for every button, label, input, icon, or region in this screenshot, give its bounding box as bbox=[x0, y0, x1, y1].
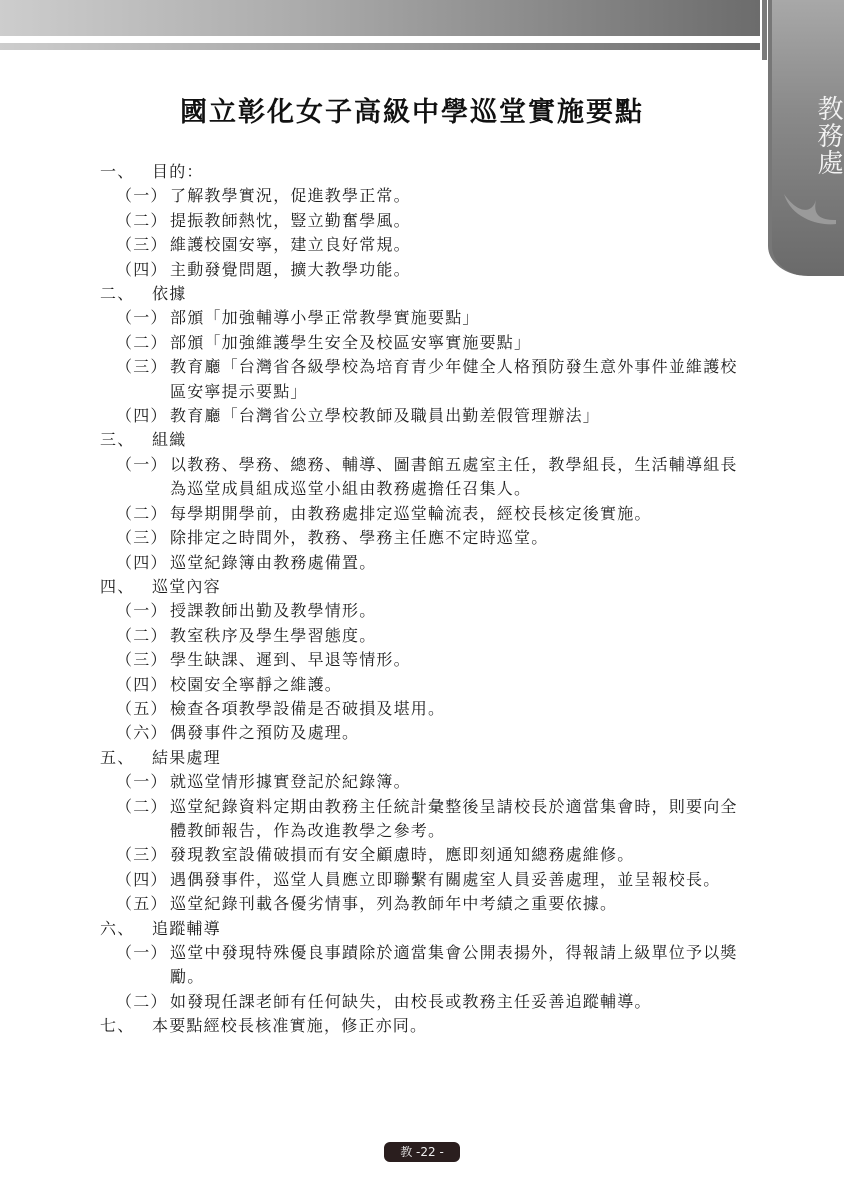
list-item: （六）偶發事件之預防及處理。 bbox=[82, 721, 740, 745]
item-text: 發現教室設備破損而有安全顧慮時，應即刻通知總務處維修。 bbox=[170, 845, 634, 864]
list-item: （一）就巡堂情形據實登記於紀錄簿。 bbox=[82, 770, 740, 794]
item-number: （二） bbox=[116, 795, 168, 819]
item-number: （二） bbox=[116, 624, 168, 648]
item-number: （四） bbox=[116, 551, 168, 575]
item-text: 巡堂中發現特殊優良事蹟除於適當集會公開表揚外，得報請上級單位予以獎勵。 bbox=[170, 943, 738, 986]
item-text: 檢查各項教學設備是否破損及堪用。 bbox=[170, 699, 445, 718]
item-text: 以教務、學務、總務、輔導、圖書館五處室主任，教學組長，生活輔導組長為巡堂成員組成… bbox=[170, 455, 738, 498]
item-number: （一） bbox=[116, 941, 168, 965]
list-item: （二）教室秩序及學生學習態度。 bbox=[82, 624, 740, 648]
item-number: （三） bbox=[116, 233, 168, 257]
section-title: 目的： bbox=[152, 162, 204, 181]
list-item: （四）巡堂紀錄簿由教務處備置。 bbox=[82, 551, 740, 575]
section-number: 六、 bbox=[100, 917, 134, 941]
item-text: 巡堂紀錄簿由教務處備置。 bbox=[170, 553, 376, 572]
list-item: （四）校園安全寧靜之維護。 bbox=[82, 673, 740, 697]
item-number: （三） bbox=[116, 843, 168, 867]
list-item: （三）學生缺課、遲到、早退等情形。 bbox=[82, 648, 740, 672]
document-body: 一、目的：（一）了解教學實況，促進教學正常。（二）提振教師熱忱，豎立勤奮學風。（… bbox=[100, 160, 740, 1039]
section-title: 組織 bbox=[152, 430, 186, 449]
item-text: 了解教學實況，促進教學正常。 bbox=[170, 186, 411, 205]
item-number: （一） bbox=[116, 184, 168, 208]
item-number: （四） bbox=[116, 258, 168, 282]
section-number: 七、 bbox=[100, 1014, 134, 1038]
list-item: （三）除排定之時間外，教務、學務主任應不定時巡堂。 bbox=[82, 526, 740, 550]
list-item: （三）教育廳「台灣省各級學校為培育青少年健全人格預防發生意外事件並維護校區安寧提… bbox=[82, 355, 740, 404]
item-number: （五） bbox=[116, 697, 168, 721]
section-tab: 教務處 bbox=[768, 0, 844, 276]
item-text: 教育廳「台灣省各級學校為培育青少年健全人格預防發生意外事件並維護校區安寧提示要點… bbox=[170, 357, 738, 400]
item-number: （二） bbox=[116, 502, 168, 526]
item-number: （六） bbox=[116, 721, 168, 745]
list-item: （二）每學期開學前，由教務處排定巡堂輪流表，經校長核定後實施。 bbox=[82, 502, 740, 526]
item-number: （一） bbox=[116, 453, 168, 477]
section-title: 追蹤輔導 bbox=[152, 919, 221, 938]
list-item: （三）發現教室設備破損而有安全顧慮時，應即刻通知總務處維修。 bbox=[82, 843, 740, 867]
section-title: 依據 bbox=[152, 284, 186, 303]
section-title: 巡堂內容 bbox=[152, 577, 221, 596]
item-text: 提振教師熱忱，豎立勤奮學風。 bbox=[170, 211, 411, 230]
section-number: 三、 bbox=[100, 428, 134, 452]
header-divider bbox=[762, 0, 767, 60]
item-number: （二） bbox=[116, 209, 168, 233]
section-heading: 一、目的： bbox=[100, 160, 740, 184]
section-title: 本要點經校長核准實施，修正亦同。 bbox=[152, 1016, 427, 1035]
section-heading: 三、組織 bbox=[100, 428, 740, 452]
item-text: 偶發事件之預防及處理。 bbox=[170, 723, 359, 742]
page-number-badge: 教 -22 - bbox=[384, 1142, 460, 1162]
item-text: 教育廳「台灣省公立學校教師及職員出勤差假管理辦法」 bbox=[170, 406, 600, 425]
section-heading: 二、依據 bbox=[100, 282, 740, 306]
item-number: （二） bbox=[116, 990, 168, 1014]
list-item: （一）了解教學實況，促進教學正常。 bbox=[82, 184, 740, 208]
page-title: 國立彰化女子高級中學巡堂實施要點 bbox=[0, 90, 844, 129]
list-item: （二）提振教師熱忱，豎立勤奮學風。 bbox=[82, 209, 740, 233]
item-number: （一） bbox=[116, 770, 168, 794]
item-number: （五） bbox=[116, 892, 168, 916]
item-number: （二） bbox=[116, 331, 168, 355]
item-text: 巡堂紀錄資料定期由教務主任統計彙整後呈請校長於適當集會時，則要向全體教師報告，作… bbox=[170, 797, 738, 840]
list-item: （二）巡堂紀錄資料定期由教務主任統計彙整後呈請校長於適當集會時，則要向全體教師報… bbox=[82, 795, 740, 844]
section-heading: 四、巡堂內容 bbox=[100, 575, 740, 599]
section-heading: 六、追蹤輔導 bbox=[100, 917, 740, 941]
item-number: （三） bbox=[116, 526, 168, 550]
list-item: （一）巡堂中發現特殊優良事蹟除於適當集會公開表揚外，得報請上級單位予以獎勵。 bbox=[82, 941, 740, 990]
item-number: （四） bbox=[116, 404, 168, 428]
item-text: 部頒「加強維護學生安全及校區安寧實施要點」 bbox=[170, 333, 531, 352]
item-number: （三） bbox=[116, 648, 168, 672]
list-item: （一）部頒「加強輔導小學正常教學實施要點」 bbox=[82, 306, 740, 330]
item-text: 部頒「加強輔導小學正常教學實施要點」 bbox=[170, 308, 480, 327]
item-text: 巡堂紀錄刊載各優劣情事，列為教師年中考績之重要依據。 bbox=[170, 894, 617, 913]
list-item: （四）遇偶發事件，巡堂人員應立即聯繫有關處室人員妥善處理，並呈報校長。 bbox=[82, 868, 740, 892]
item-text: 授課教師出勤及教學情形。 bbox=[170, 601, 376, 620]
item-number: （四） bbox=[116, 868, 168, 892]
list-item: （三）維護校園安寧，建立良好常規。 bbox=[82, 233, 740, 257]
item-text: 維護校園安寧，建立良好常規。 bbox=[170, 235, 411, 254]
header-band bbox=[0, 0, 760, 36]
header-stripe bbox=[0, 43, 760, 50]
item-text: 除排定之時間外，教務、學務主任應不定時巡堂。 bbox=[170, 528, 548, 547]
list-item: （一）授課教師出勤及教學情形。 bbox=[82, 599, 740, 623]
section-number: 一、 bbox=[100, 160, 134, 184]
section-number: 四、 bbox=[100, 575, 134, 599]
item-number: （四） bbox=[116, 673, 168, 697]
section-number: 五、 bbox=[100, 746, 134, 770]
list-item: （五）巡堂紀錄刊載各優劣情事，列為教師年中考績之重要依據。 bbox=[82, 892, 740, 916]
list-item: （五）檢查各項教學設備是否破損及堪用。 bbox=[82, 697, 740, 721]
item-text: 校園安全寧靜之維護。 bbox=[170, 675, 342, 694]
item-number: （三） bbox=[116, 355, 168, 379]
section-heading: 五、結果處理 bbox=[100, 746, 740, 770]
section-heading: 七、本要點經校長核准實施，修正亦同。 bbox=[100, 1014, 740, 1038]
item-text: 如發現任課老師有任何缺失，由校長或教務主任妥善追蹤輔導。 bbox=[170, 992, 652, 1011]
section-number: 二、 bbox=[100, 282, 134, 306]
section-title: 結果處理 bbox=[152, 748, 221, 767]
item-text: 就巡堂情形據實登記於紀錄簿。 bbox=[170, 772, 411, 791]
list-item: （二）如發現任課老師有任何缺失，由校長或教務主任妥善追蹤輔導。 bbox=[82, 990, 740, 1014]
item-number: （一） bbox=[116, 306, 168, 330]
item-text: 學生缺課、遲到、早退等情形。 bbox=[170, 650, 411, 669]
item-number: （一） bbox=[116, 599, 168, 623]
list-item: （四）主動發覺問題，擴大教學功能。 bbox=[82, 258, 740, 282]
list-item: （一）以教務、學務、總務、輔導、圖書館五處室主任，教學組長，生活輔導組長為巡堂成… bbox=[82, 453, 740, 502]
list-item: （四）教育廳「台灣省公立學校教師及職員出勤差假管理辦法」 bbox=[82, 404, 740, 428]
list-item: （二）部頒「加強維護學生安全及校區安寧實施要點」 bbox=[82, 331, 740, 355]
item-text: 遇偶發事件，巡堂人員應立即聯繫有關處室人員妥善處理，並呈報校長。 bbox=[170, 870, 720, 889]
crescent-logo-icon bbox=[782, 190, 838, 230]
item-text: 每學期開學前，由教務處排定巡堂輪流表，經校長核定後實施。 bbox=[170, 504, 652, 523]
item-text: 主動發覺問題，擴大教學功能。 bbox=[170, 260, 411, 279]
item-text: 教室秩序及學生學習態度。 bbox=[170, 626, 376, 645]
